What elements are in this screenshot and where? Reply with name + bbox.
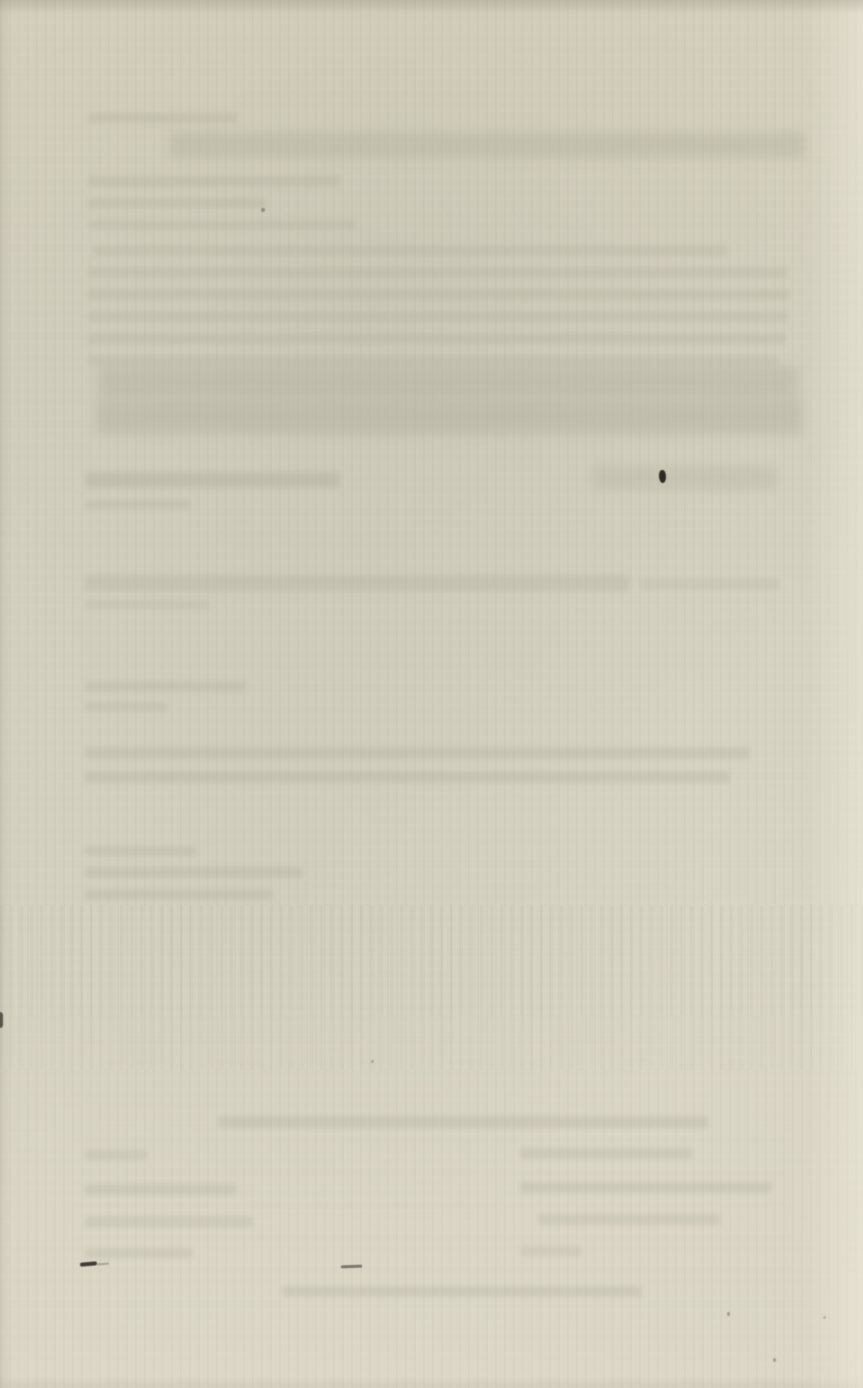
ghost-line bbox=[85, 747, 750, 759]
ghost-line bbox=[520, 1246, 582, 1256]
paper-dot bbox=[727, 1312, 730, 1316]
ink-dash bbox=[80, 1261, 97, 1266]
ghost-line bbox=[88, 333, 786, 344]
ghost-line bbox=[520, 1182, 772, 1193]
paper-dot bbox=[261, 208, 265, 212]
ghost-line bbox=[85, 681, 247, 692]
ghost-line bbox=[85, 1150, 147, 1160]
ghost-line bbox=[88, 198, 266, 208]
paper-texture bbox=[0, 0, 863, 1388]
ghost-line bbox=[85, 575, 630, 591]
ghost-line bbox=[640, 578, 780, 590]
ink-speck bbox=[659, 470, 667, 483]
ghost-line bbox=[85, 771, 730, 783]
ink-dash bbox=[341, 1265, 362, 1269]
ghost-band bbox=[96, 400, 802, 434]
paper-dot bbox=[371, 1060, 374, 1063]
ghost-line bbox=[85, 702, 167, 712]
ghost-line bbox=[88, 113, 238, 123]
ghost-rule bbox=[464, 1140, 466, 1270]
paper-dot bbox=[773, 1358, 776, 1362]
ghost-line bbox=[85, 1248, 193, 1258]
ghost-line bbox=[85, 889, 273, 900]
ink-dash-tail bbox=[97, 1263, 109, 1266]
page-edge-vignette bbox=[0, 0, 863, 1388]
ghost-line bbox=[85, 846, 197, 856]
edge-tick bbox=[0, 1012, 3, 1028]
scanned-page bbox=[0, 0, 863, 1388]
ghost-rule bbox=[75, 1204, 790, 1206]
ghost-line bbox=[85, 1216, 253, 1227]
ghost-line bbox=[85, 600, 210, 609]
ghost-line bbox=[85, 500, 190, 509]
ghost-line bbox=[88, 220, 356, 230]
ghost-line bbox=[92, 245, 728, 256]
ghost-line bbox=[88, 311, 788, 322]
bleedthrough-stripe-band bbox=[0, 1015, 863, 1070]
ghost-line bbox=[88, 355, 778, 366]
ghost-line bbox=[88, 176, 340, 187]
ghost-line bbox=[538, 1214, 720, 1225]
ghost-line bbox=[88, 289, 790, 300]
ghost-line bbox=[520, 1148, 692, 1159]
ghost-line bbox=[88, 267, 788, 278]
ghost-band bbox=[98, 366, 798, 398]
paper-dot bbox=[823, 1316, 826, 1319]
ghost-line bbox=[85, 867, 303, 878]
ghost-line bbox=[85, 1184, 237, 1195]
ghost-rule bbox=[75, 1236, 790, 1238]
ghost-line bbox=[282, 1286, 642, 1297]
ghost-line bbox=[218, 1116, 708, 1128]
ghost-band bbox=[592, 466, 777, 490]
ghost-band bbox=[170, 132, 806, 158]
ghost-rule bbox=[75, 1268, 790, 1270]
bleedthrough-stripe-band bbox=[0, 905, 863, 1015]
ghost-rule bbox=[75, 1172, 790, 1174]
ghost-rule bbox=[75, 1140, 790, 1142]
ghost-line bbox=[85, 472, 340, 488]
